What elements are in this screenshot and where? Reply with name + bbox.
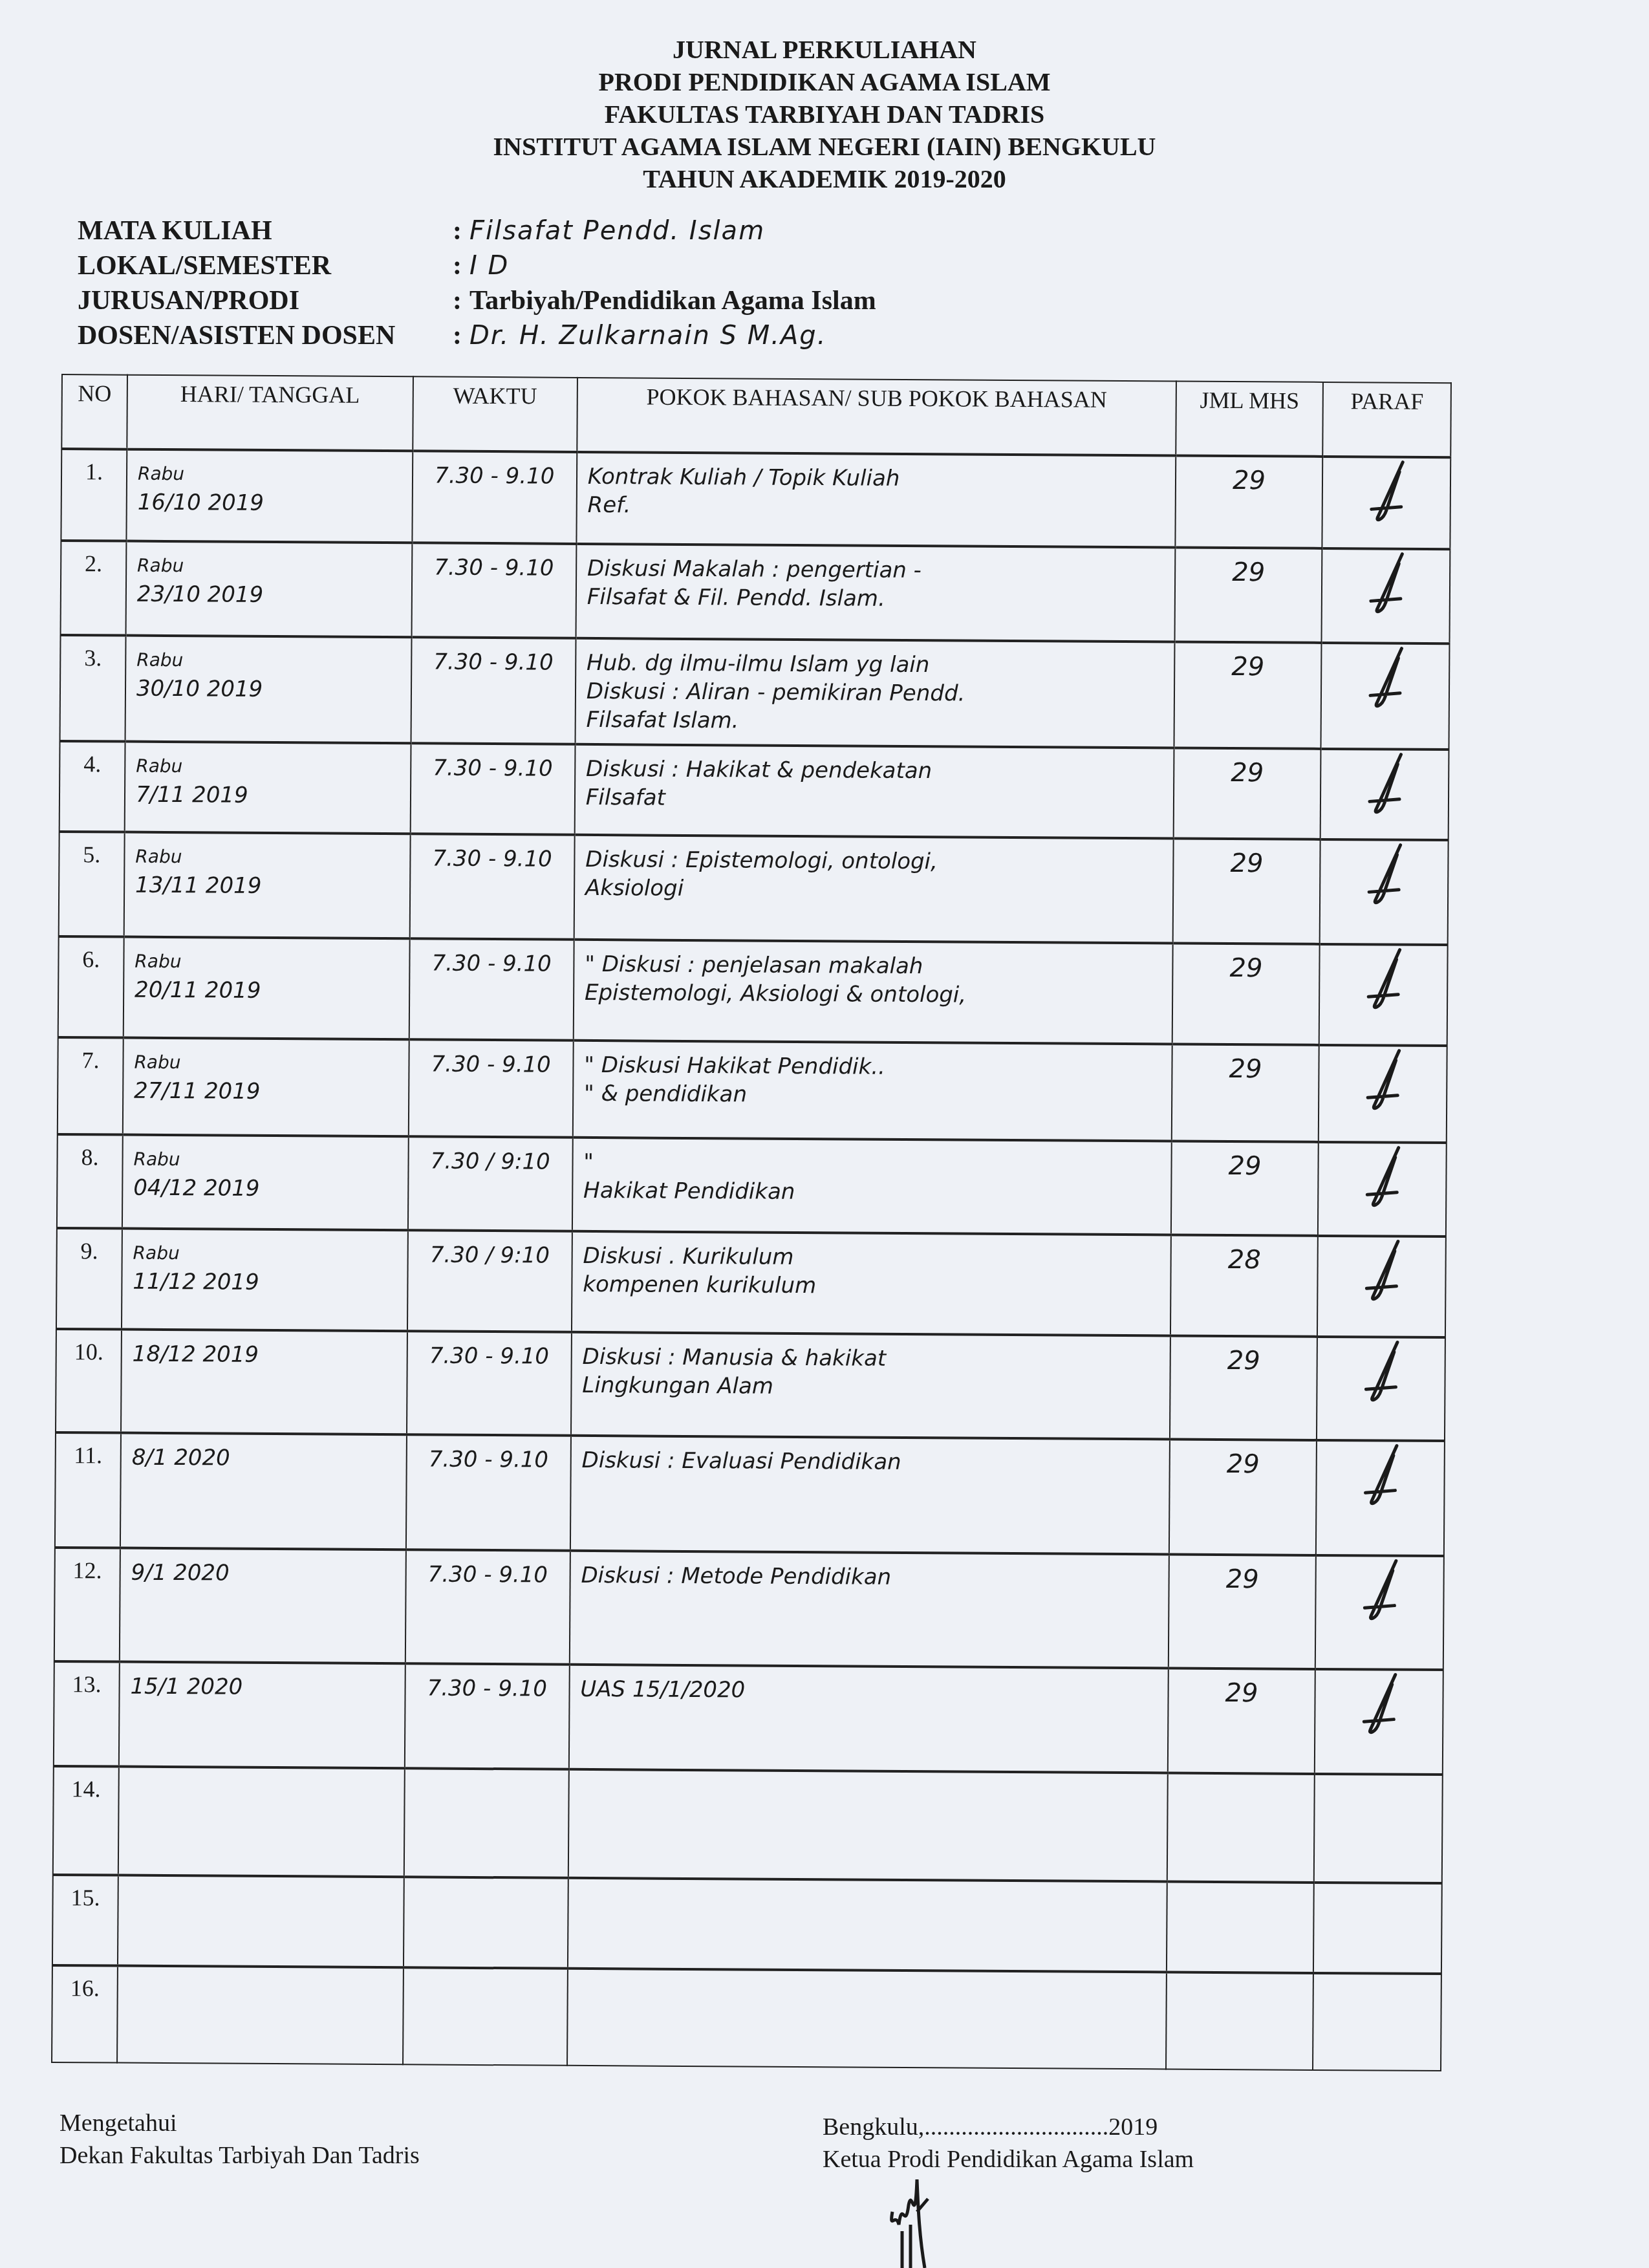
- row-signature: [1315, 1669, 1443, 1775]
- topic-line: Diskusi : Epistemologi, ontologi,: [585, 845, 1162, 877]
- row-date-value: 8/1 2020: [132, 1445, 230, 1471]
- topic-line: kompenen kurikulum: [583, 1270, 1159, 1302]
- column-header-student-count: JML MHS: [1176, 382, 1323, 457]
- course-info: MATA KULIAH : Filsafat Pendd. Islam LOKA…: [78, 213, 876, 353]
- table-row: 16.: [52, 1965, 1441, 2071]
- column-header-topic: POKOK BAHASAN/ SUB POKOK BAHASAN: [577, 378, 1176, 456]
- row-date: Rabu16/10 2019: [126, 449, 412, 543]
- table-row: 10.18/12 20197.30 - 9.10Diskusi : Manusi…: [56, 1329, 1445, 1441]
- meta-label: JURUSAN/PRODI: [78, 283, 453, 318]
- row-time: 7.30 - 9.10: [408, 1039, 573, 1138]
- row-signature: [1320, 749, 1449, 840]
- meta-label: LOKAL/SEMESTER: [78, 248, 453, 283]
- row-number: 4.: [59, 741, 125, 832]
- row-topic: Diskusi : Epistemologi, ontologi,Aksiolo…: [574, 835, 1174, 944]
- row-date-value: 15/1 2020: [130, 1674, 242, 1700]
- row-time: 7.30 - 9.10: [411, 543, 576, 638]
- row-date: Rabu13/11 2019: [124, 832, 411, 939]
- row-time: 7.30 / 9:10: [407, 1136, 572, 1231]
- row-student-count: [1166, 1972, 1313, 2069]
- title-line-1: JURNAL PERKULIAHAN: [0, 34, 1649, 66]
- initials-signature-icon: [1363, 645, 1408, 709]
- topic-line: Kontrak Kuliah / Topik Kuliah: [588, 462, 1165, 494]
- initials-signature-icon: [1363, 550, 1409, 615]
- row-student-count: 29: [1174, 642, 1321, 749]
- footer-place-date: Bengkulu,..............................2…: [823, 2111, 1194, 2143]
- row-date-value: 27/11 2019: [134, 1078, 261, 1105]
- row-date-value: 30/10 2019: [136, 676, 263, 702]
- row-signature: [1317, 1236, 1446, 1337]
- row-date-value: 18/12 2019: [133, 1341, 259, 1368]
- row-signature: [1321, 643, 1450, 750]
- row-topic: [567, 1969, 1167, 2069]
- row-time: 7.30 - 9.10: [412, 451, 577, 544]
- initials-signature-icon: [1361, 841, 1407, 906]
- row-time: 7.30 - 9.10: [410, 743, 575, 835]
- row-signature: [1318, 1142, 1447, 1237]
- initials-signature-icon: [1357, 1557, 1403, 1622]
- row-topic: Diskusi : Evaluasi Pendidikan: [570, 1436, 1170, 1555]
- table-row: 8.Rabu04/12 20197.30 / 9:10"Hakikat Pend…: [57, 1134, 1447, 1237]
- topic-line: Filsafat Islam.: [586, 706, 1163, 737]
- topic-line: Diskusi : Manusia & hakikat: [582, 1343, 1159, 1374]
- table-row: 14.: [53, 1766, 1443, 1883]
- row-date: Rabu30/10 2019: [125, 636, 411, 744]
- row-number: 10.: [56, 1329, 122, 1433]
- table-row: 11.8/1 20207.30 - 9.10Diskusi : Evaluasi…: [55, 1432, 1445, 1556]
- topic-line: Epistemologi, Aksiologi & ontologi,: [585, 978, 1161, 1010]
- table-row: 13.15/1 20207.30 - 9.10UAS 15/1/202029: [54, 1661, 1443, 1775]
- meta-label: DOSEN/ASISTEN DOSEN: [78, 318, 453, 353]
- topic-line: " Diskusi : penjelasan makalah: [585, 950, 1161, 982]
- row-topic: " Diskusi Hakikat Pendidik.." & pendidik…: [573, 1041, 1172, 1141]
- row-time: 7.30 - 9.10: [409, 834, 574, 940]
- row-date-value: 11/12 2019: [133, 1269, 259, 1295]
- topic-line: " Diskusi Hakikat Pendidik..: [584, 1051, 1161, 1083]
- row-number: 8.: [57, 1134, 123, 1229]
- row-date-value: 13/11 2019: [135, 872, 262, 899]
- row-date: 15/1 2020: [119, 1662, 405, 1769]
- row-topic: Hub. dg ilmu-ilmu Islam yg lainDiskusi :…: [575, 638, 1174, 748]
- row-number: 2.: [61, 541, 127, 636]
- topic-line: Hakikat Pendidikan: [583, 1176, 1160, 1208]
- topic-line: Aksiologi: [585, 874, 1162, 905]
- title-line-5: TAHUN AKADEMIK 2019-2020: [0, 163, 1649, 195]
- row-student-count: [1167, 1881, 1314, 1972]
- meta-colon: :: [453, 213, 469, 248]
- row-day: Rabu: [135, 843, 399, 872]
- column-header-date: HARI/ TANGGAL: [127, 375, 413, 451]
- initials-signature-icon: [1358, 1339, 1404, 1403]
- row-time: 7.30 - 9.10: [411, 637, 576, 744]
- row-day: Rabu: [136, 646, 400, 676]
- table-row: 7.Rabu27/11 20197.30 - 9.10" Diskusi Hak…: [58, 1037, 1447, 1143]
- meta-value: Tarbiyah/Pendidikan Agama Islam: [469, 283, 876, 318]
- table-row: 6.Rabu20/11 20197.30 - 9.10" Diskusi : p…: [58, 936, 1448, 1046]
- row-student-count: 29: [1170, 1336, 1317, 1440]
- row-time: [403, 1967, 568, 2066]
- topic-line: Diskusi : Hakikat & pendekatan: [586, 755, 1163, 786]
- column-header-no: NO: [61, 374, 127, 449]
- row-student-count: 29: [1171, 1141, 1319, 1236]
- row-time: 7.30 - 9.10: [405, 1434, 570, 1551]
- row-number: 3.: [60, 635, 126, 742]
- table-row: 1.Rabu16/10 20197.30 - 9.10Kontrak Kulia…: [61, 449, 1450, 549]
- row-date: 18/12 2019: [121, 1330, 407, 1435]
- row-time: 7.30 - 9.10: [409, 938, 574, 1041]
- meta-lokal-semester: LOKAL/SEMESTER : I D: [78, 248, 876, 283]
- row-signature: [1319, 1045, 1447, 1143]
- initials-signature-icon: [1364, 459, 1410, 523]
- row-day: Rabu: [133, 1239, 396, 1269]
- row-day: Rabu: [134, 1048, 398, 1078]
- meta-label: MATA KULIAH: [78, 213, 453, 248]
- row-date: Rabu7/11 2019: [125, 742, 411, 834]
- row-number: 9.: [56, 1228, 122, 1330]
- topic-line: Diskusi : Evaluasi Pendidikan: [581, 1446, 1158, 1478]
- row-signature: [1317, 1337, 1445, 1441]
- table-row: 2.Rabu23/10 20197.30 - 9.10Diskusi Makal…: [61, 541, 1450, 643]
- meta-dosen: DOSEN/ASISTEN DOSEN : Dr. H. Zulkarnain …: [78, 318, 876, 353]
- initials-signature-icon: [1359, 1144, 1405, 1209]
- row-time: [404, 1768, 568, 1878]
- row-student-count: 29: [1168, 1668, 1315, 1773]
- topic-line: Filsafat & Fil. Pendd. Islam.: [587, 583, 1164, 614]
- table-body: 1.Rabu16/10 20197.30 - 9.10Kontrak Kulia…: [52, 449, 1450, 2071]
- row-day: Rabu: [135, 947, 398, 977]
- row-signature: [1313, 1883, 1442, 1974]
- initials-signature-icon: [1361, 946, 1406, 1011]
- footer-head-of-program: Bengkulu,..............................2…: [823, 2111, 1194, 2176]
- row-number: 1.: [61, 449, 127, 541]
- row-student-count: 29: [1169, 1440, 1317, 1555]
- title-line-3: FAKULTAS TARBIYAH DAN TADRIS: [0, 98, 1649, 131]
- row-topic: "Hakikat Pendidikan: [572, 1138, 1172, 1235]
- meta-value: Dr. H. Zulkarnain S M.Ag.: [469, 318, 826, 353]
- table-row: 12.9/1 20207.30 - 9.10Diskusi : Metode P…: [54, 1548, 1444, 1670]
- row-number: 14.: [53, 1766, 119, 1875]
- row-student-count: 28: [1170, 1235, 1318, 1337]
- meta-value: I D: [469, 248, 509, 283]
- row-student-count: 29: [1174, 548, 1322, 643]
- row-signature: [1322, 548, 1450, 643]
- row-topic: Diskusi : Manusia & hakikatLingkungan Al…: [571, 1332, 1170, 1440]
- row-signature: [1314, 1774, 1443, 1883]
- row-time: [403, 1877, 568, 1969]
- title-line-4: INSTITUT AGAMA ISLAM NEGERI (IAIN) BENGK…: [0, 131, 1649, 163]
- row-number: 6.: [58, 936, 124, 1038]
- row-topic: UAS 15/1/2020: [569, 1665, 1169, 1773]
- meta-mata-kuliah: MATA KULIAH : Filsafat Pendd. Islam: [78, 213, 876, 248]
- topic-line: Lingkungan Alam: [582, 1371, 1159, 1403]
- meta-colon: :: [453, 283, 469, 318]
- topic-line: Hub. dg ilmu-ilmu Islam yg lain: [587, 649, 1163, 680]
- initials-signature-icon: [1359, 1238, 1405, 1302]
- meta-jurusan-prodi: JURUSAN/PRODI : Tarbiyah/Pendidikan Agam…: [78, 283, 876, 318]
- row-number: 13.: [54, 1661, 120, 1767]
- row-date-value: 23/10 2019: [137, 581, 264, 608]
- row-topic: Diskusi Makalah : pengertian -Filsafat &…: [576, 544, 1175, 642]
- footer-dean-title: Dekan Fakultas Tarbiyah Dan Tadris: [59, 2139, 420, 2172]
- row-number: 16.: [52, 1965, 118, 2063]
- row-date-value: 20/11 2019: [135, 977, 261, 1004]
- row-number: 11.: [55, 1432, 121, 1548]
- row-topic: Diskusi : Metode Pendidikan: [570, 1551, 1169, 1669]
- row-topic: Diskusi : Hakikat & pendekatanFilsafat: [575, 744, 1174, 839]
- row-time: 7.30 - 9.10: [405, 1550, 570, 1665]
- initials-signature-icon: [1360, 1047, 1406, 1112]
- row-topic: Kontrak Kuliah / Topik KuliahRef.: [576, 452, 1176, 548]
- row-date-value: 04/12 2019: [133, 1175, 260, 1202]
- title-line-2: PRODI PENDIDIKAN AGAMA ISLAM: [0, 66, 1649, 98]
- table-header-row: NO HARI/ TANGGAL WAKTU POKOK BAHASAN/ SU…: [61, 374, 1451, 457]
- row-signature: [1313, 1973, 1441, 2071]
- row-time: 7.30 - 9.10: [406, 1331, 571, 1436]
- row-date: Rabu11/12 2019: [122, 1229, 408, 1332]
- row-day: Rabu: [137, 552, 401, 581]
- topic-line: Filsafat: [586, 783, 1163, 815]
- row-date: [118, 1767, 405, 1877]
- topic-line: Diskusi . Kurikulum: [583, 1242, 1159, 1273]
- journal-page: JURNAL PERKULIAHAN PRODI PENDIDIKAN AGAM…: [0, 0, 1649, 2268]
- row-date: [117, 1966, 403, 2065]
- topic-line: Ref.: [587, 491, 1164, 523]
- topic-line: UAS 15/1/2020: [580, 1675, 1157, 1707]
- row-signature: [1316, 1440, 1445, 1556]
- table-row: 4.Rabu7/11 20197.30 - 9.10Diskusi : Haki…: [59, 741, 1449, 840]
- row-topic: [568, 1769, 1168, 1882]
- row-student-count: 29: [1172, 944, 1320, 1045]
- topic-line: Diskusi : Metode Pendidikan: [581, 1561, 1158, 1593]
- row-date: 8/1 2020: [120, 1433, 407, 1550]
- column-header-time: WAKTU: [413, 376, 577, 452]
- topic-line: ": [583, 1148, 1160, 1180]
- row-date-value: 7/11 2019: [136, 782, 248, 808]
- initials-signature-icon: [1362, 751, 1408, 815]
- row-number: 15.: [52, 1875, 118, 1966]
- meta-colon: :: [453, 318, 469, 353]
- row-topic: Diskusi . Kurikulumkompenen kurikulum: [572, 1231, 1171, 1336]
- row-student-count: 29: [1173, 839, 1320, 944]
- meta-colon: :: [453, 248, 469, 283]
- topic-line: Diskusi Makalah : pengertian -: [587, 554, 1164, 586]
- row-day: Rabu: [138, 460, 402, 490]
- row-time: 7.30 / 9:10: [407, 1230, 572, 1332]
- topic-line: Diskusi : Aliran - pemikiran Pendd.: [587, 677, 1163, 709]
- footer-head-title: Ketua Prodi Pendidikan Agama Islam: [823, 2143, 1194, 2176]
- row-date: Rabu20/11 2019: [124, 937, 410, 1040]
- row-signature: [1322, 457, 1451, 549]
- row-date: Rabu04/12 2019: [122, 1135, 408, 1231]
- row-number: 7.: [58, 1037, 124, 1135]
- row-date-value: 9/1 2020: [131, 1560, 229, 1586]
- table-row: 3.Rabu30/10 20197.30 - 9.10Hub. dg ilmu-…: [60, 635, 1450, 750]
- row-day: Rabu: [136, 752, 400, 782]
- row-student-count: [1167, 1773, 1315, 1882]
- row-student-count: 29: [1169, 1554, 1316, 1669]
- topic-line: " & pendidikan: [584, 1079, 1161, 1111]
- footer-acknowledged: Mengetahui: [59, 2107, 420, 2139]
- initials-signature-icon: [1356, 1671, 1402, 1736]
- lecture-journal-table: NO HARI/ TANGGAL WAKTU POKOK BAHASAN/ SU…: [51, 374, 1452, 2071]
- row-topic: [568, 1878, 1167, 1972]
- row-student-count: 29: [1172, 1044, 1319, 1142]
- row-signature: [1315, 1555, 1444, 1670]
- table-row: 5.Rabu13/11 20197.30 - 9.10Diskusi : Epi…: [59, 832, 1449, 945]
- table-row: 15.: [52, 1875, 1442, 1974]
- row-student-count: 29: [1175, 456, 1322, 548]
- row-signature: [1320, 839, 1449, 945]
- column-header-signature: PARAF: [1322, 382, 1451, 457]
- row-date: Rabu27/11 2019: [123, 1038, 409, 1137]
- row-student-count: 29: [1174, 748, 1321, 839]
- row-day: Rabu: [133, 1145, 397, 1175]
- meta-value: Filsafat Pendd. Islam: [469, 213, 765, 248]
- row-date: Rabu23/10 2019: [125, 541, 411, 638]
- initials-signature-icon: [1357, 1442, 1403, 1507]
- signature-icon: [879, 2173, 957, 2268]
- row-number: 12.: [54, 1548, 120, 1662]
- document-title: JURNAL PERKULIAHAN PRODI PENDIDIKAN AGAM…: [0, 34, 1649, 195]
- row-topic: " Diskusi : penjelasan makalahEpistemolo…: [574, 940, 1173, 1044]
- row-number: 5.: [59, 832, 125, 937]
- table-row: 9.Rabu11/12 20197.30 / 9:10Diskusi . Kur…: [56, 1228, 1446, 1337]
- row-time: 7.30 - 9.10: [404, 1663, 569, 1769]
- row-date: [118, 1875, 404, 1968]
- row-date-value: 16/10 2019: [138, 490, 264, 516]
- row-date: 9/1 2020: [120, 1548, 406, 1664]
- footer-dean: Mengetahui Dekan Fakultas Tarbiyah Dan T…: [59, 2107, 420, 2172]
- row-signature: [1319, 944, 1448, 1046]
